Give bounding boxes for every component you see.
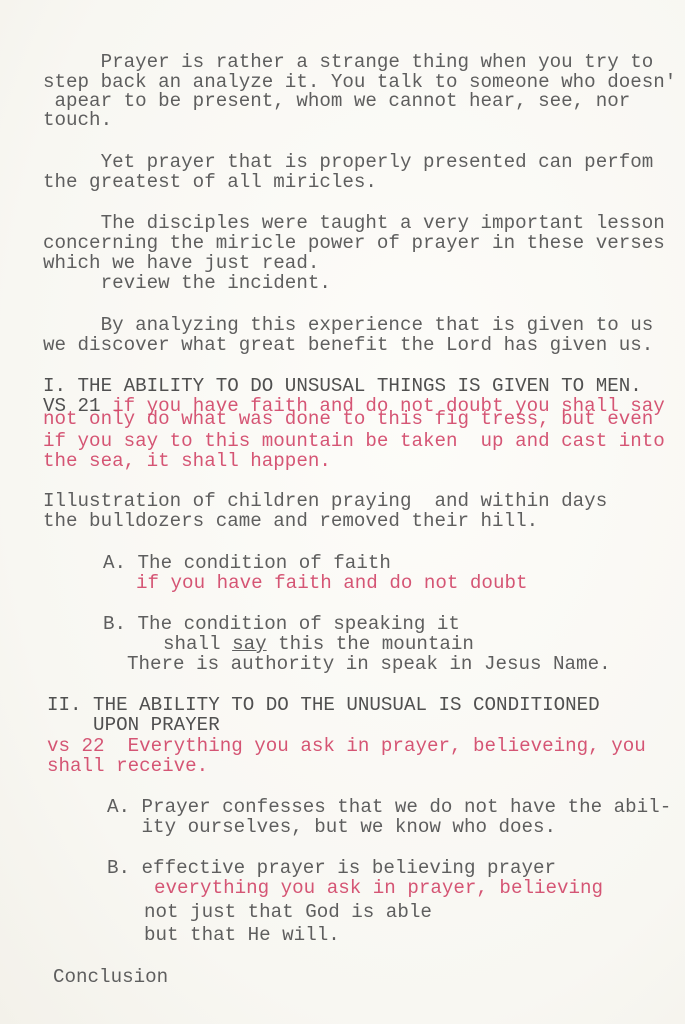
illustration-line-2: the bulldozers came and removed their hi… xyxy=(43,511,538,531)
section-1-verse-line-3: if you say to this mountain be taken up … xyxy=(43,431,665,451)
section-2-heading-line-2: UPON PRAYER xyxy=(47,715,220,735)
section-2-heading-line-1: II. THE ABILITY TO DO THE UNUSUAL IS CON… xyxy=(47,695,600,715)
section-2-verse-line-2: shall receive. xyxy=(47,756,208,776)
para4-line-1: By analyzing this experience that is giv… xyxy=(43,315,653,335)
section-2-point-a-line-2: ity ourselves, but we know who does. xyxy=(107,817,556,837)
section-1-point-b-line-3: There is authority in speak in Jesus Nam… xyxy=(127,654,611,674)
section-2-point-b-line-4: but that He will. xyxy=(144,925,340,945)
section-1-point-a-quote: if you have faith and do not doubt xyxy=(136,573,528,593)
section-2-point-a-line-1: A. Prayer confesses that we do not have … xyxy=(107,797,671,817)
section-2-point-b-line-3: not just that God is able xyxy=(144,902,432,922)
para3-line-3: which we have just read. xyxy=(43,253,319,273)
intro-line-2: step back an analyze it. You talk to som… xyxy=(43,72,676,92)
section-1-verse-line-4: the sea, it shall happen. xyxy=(43,451,331,471)
point-b-pre: shall xyxy=(163,633,232,655)
section-1-point-a: A. The condition of faith xyxy=(103,553,391,573)
para3-line-2: concerning the miricle power of prayer i… xyxy=(43,233,665,253)
intro-line-4: touch. xyxy=(43,110,112,130)
underlined-say: say xyxy=(232,633,267,655)
section-1-verse-line-2: not only do what was done to this fig tr… xyxy=(43,409,653,429)
section-2-point-b: B. effective prayer is believing prayer xyxy=(107,858,556,878)
para4-line-2: we discover what great benefit the Lord … xyxy=(43,335,653,355)
para3-line-4: review the incident. xyxy=(43,273,331,293)
para2-line-1: Yet prayer that is properly presented ca… xyxy=(43,152,653,172)
conclusion-heading: Conclusion xyxy=(53,967,168,987)
section-1-heading: I. THE ABILITY TO DO UNSUSAL THINGS IS G… xyxy=(43,376,642,396)
para2-line-2: the greatest of all miricles. xyxy=(43,172,377,192)
illustration-line-1: Illustration of children praying and wit… xyxy=(43,491,607,511)
section-2-verse-line-1: vs 22 Everything you ask in prayer, beli… xyxy=(47,736,646,756)
intro-line-3: apear to be present, whom we cannot hear… xyxy=(43,91,630,111)
section-1-point-b-line-2: shall say this the mountain xyxy=(163,634,474,654)
section-2-point-b-quote: everything you ask in prayer, believing xyxy=(154,878,603,898)
section-1-point-b: B. The condition of speaking it xyxy=(103,614,460,634)
point-b-post: this the mountain xyxy=(267,633,474,655)
intro-line-1: Prayer is rather a strange thing when yo… xyxy=(43,52,653,72)
typewritten-page: Prayer is rather a strange thing when yo… xyxy=(0,0,685,1024)
para3-line-1: The disciples were taught a very importa… xyxy=(43,213,665,233)
